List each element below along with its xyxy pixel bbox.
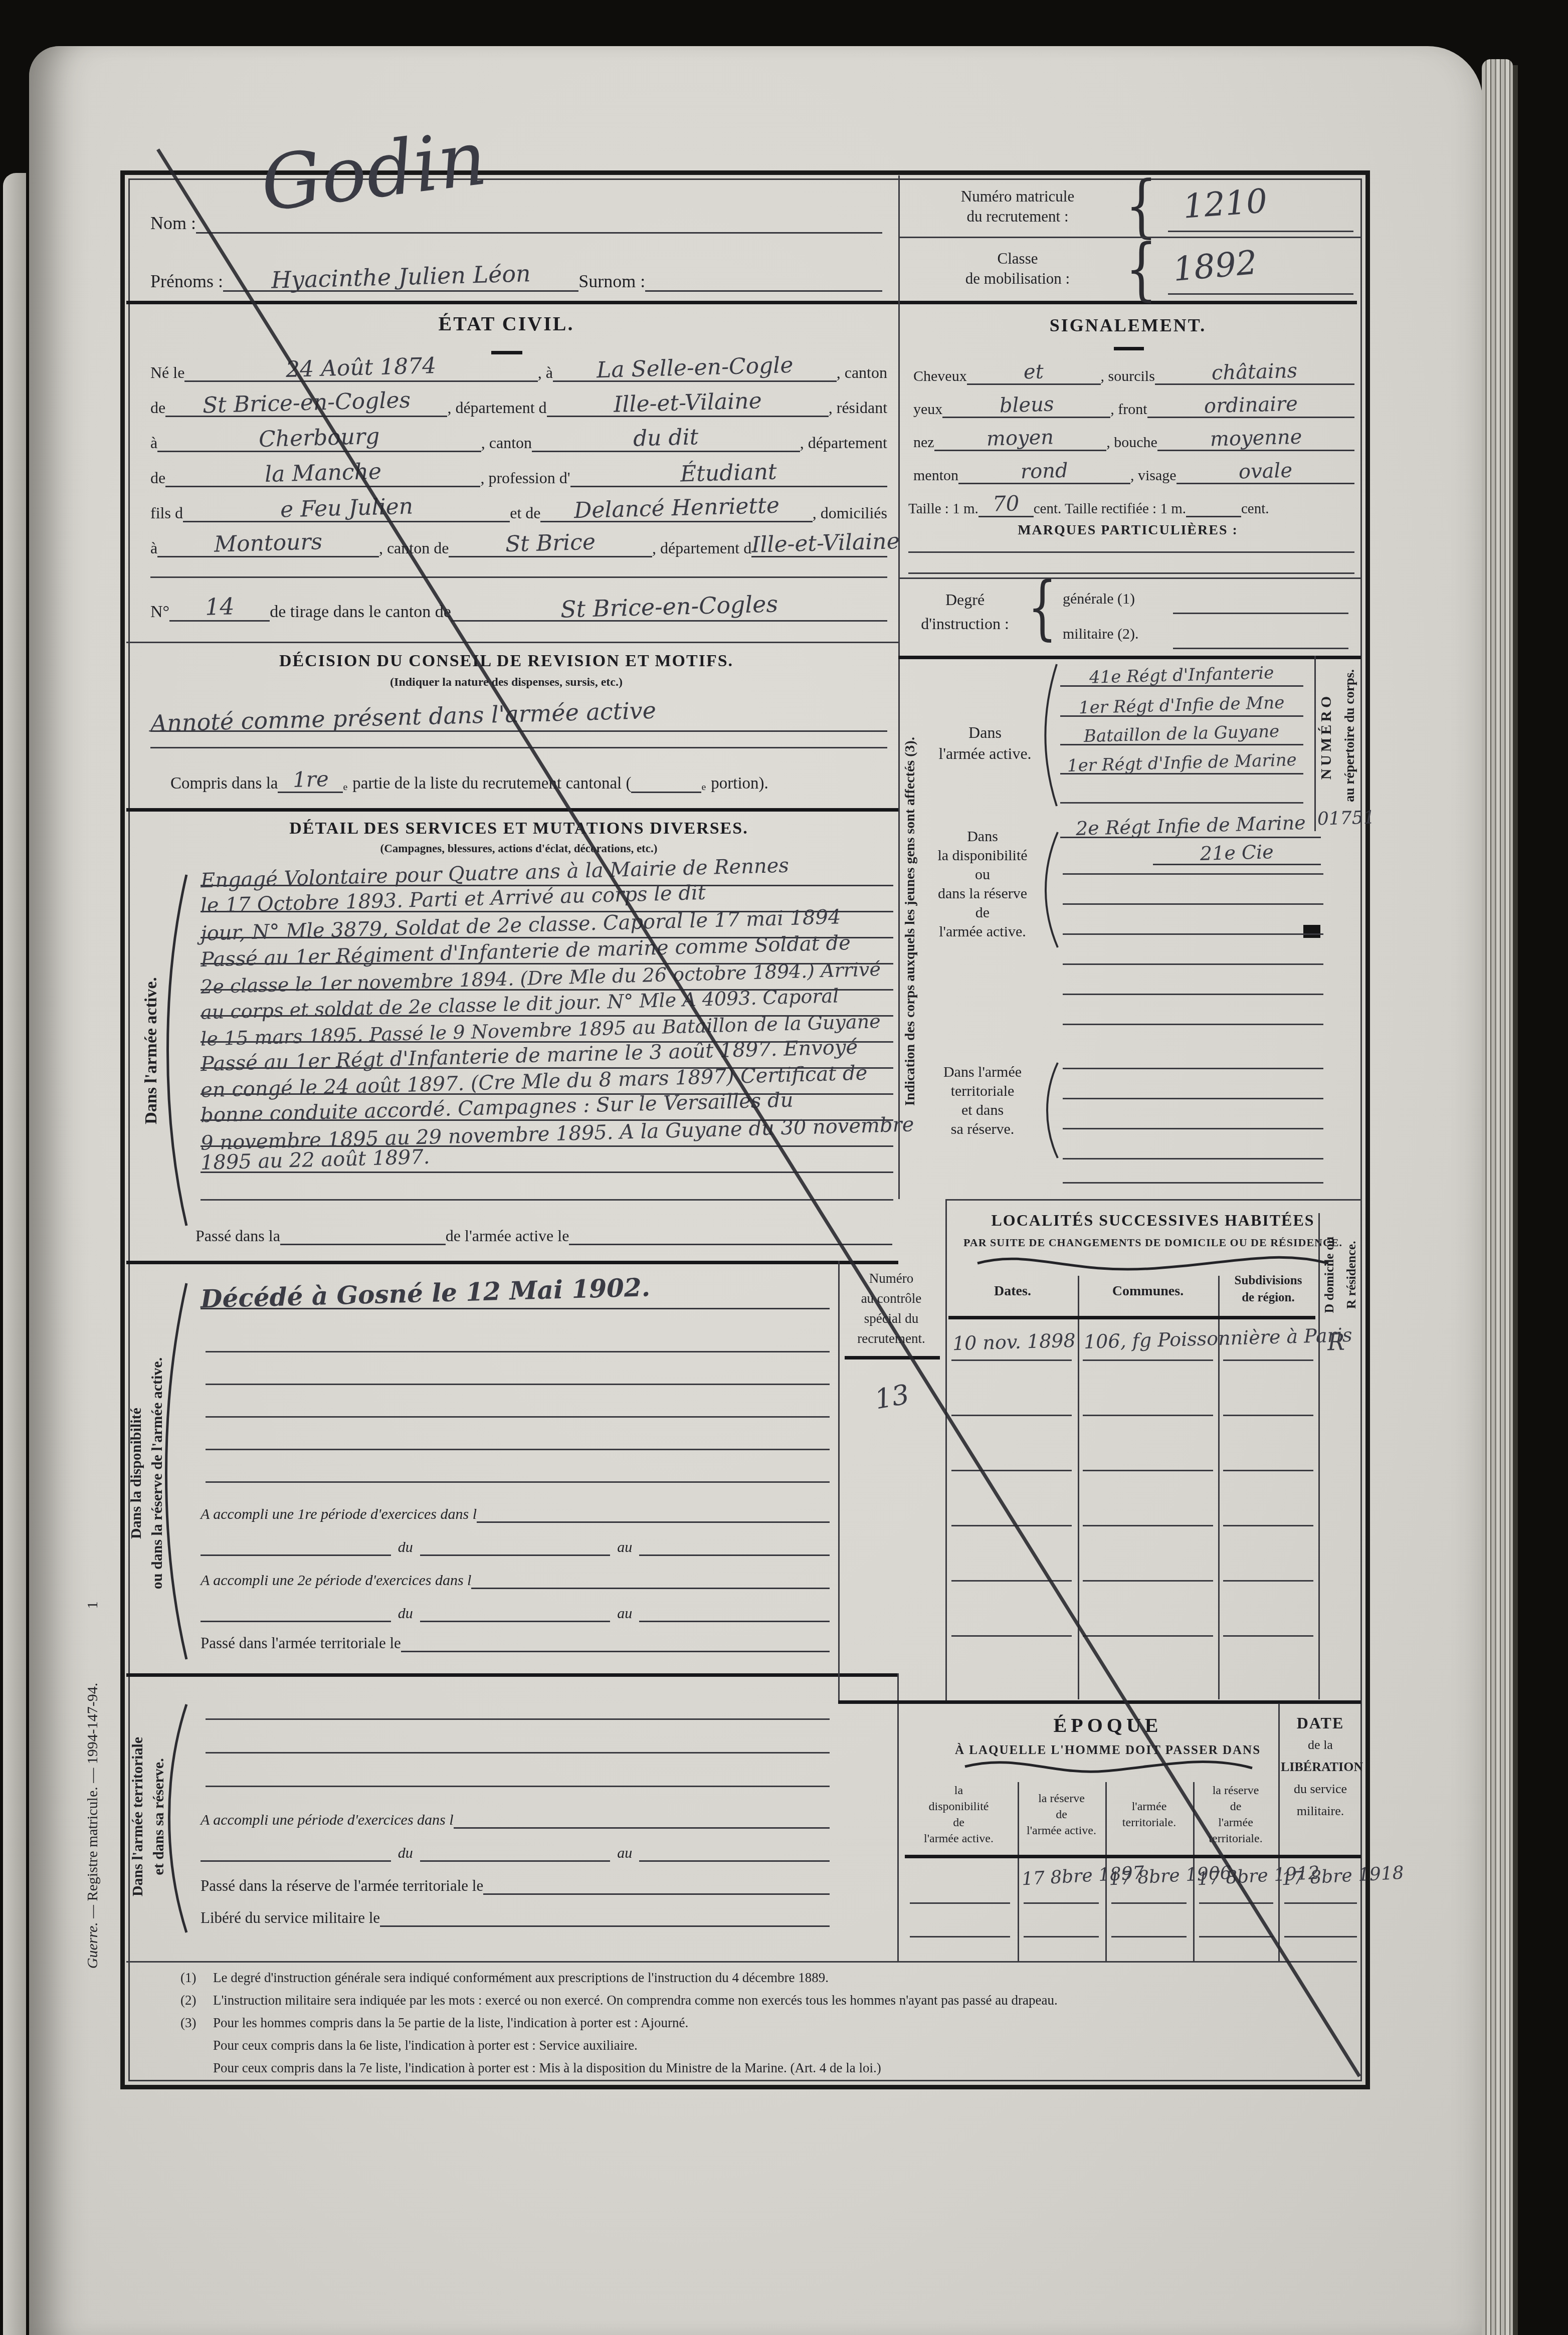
dispo-vertical-label-2: ou dans la réserve de l'armée active. — [149, 1283, 166, 1664]
rule — [206, 1416, 830, 1418]
sig-field: moyenne — [1157, 427, 1354, 451]
rule — [201, 1199, 893, 1201]
ec-value: Cherbourg — [259, 424, 380, 452]
sig-value: moyenne — [1210, 426, 1302, 451]
terr-vertical-label-1: Dans l'armée territoriale — [129, 1676, 146, 1957]
ec-value: St Brice — [505, 529, 596, 557]
rule — [126, 301, 1357, 304]
sig-label: , bouche — [1106, 434, 1157, 451]
footnote-text-3: Pour les hommes compris dans la 5e parti… — [213, 2015, 688, 2031]
ec-value: Delancé Henriette — [573, 493, 779, 524]
numero-matricule-label: Numéro matricule du recrutement : — [917, 186, 1118, 227]
date-field — [201, 1554, 391, 1556]
sig-field: ordinaire — [1147, 394, 1354, 418]
dispo-right-l4: dans la réserve — [917, 884, 1048, 903]
passe-territoriale-field — [401, 1651, 830, 1652]
ec-field: la Manche — [165, 460, 480, 487]
footnote-text-5: Pour ceux compris dans la 7e liste, l'in… — [213, 2060, 881, 2076]
taille-value: 70 — [992, 491, 1020, 516]
services-title: DÉTAIL DES SERVICES ET MUTATIONS DIVERSE… — [180, 819, 857, 838]
tirage-canton-value: St Brice-en-Cogles — [560, 590, 778, 623]
localites-title: LOCALITÉS SUCCESSIVES HABITÉES — [952, 1211, 1353, 1230]
epoque-c1-1: la — [902, 1783, 1015, 1799]
signalement-row-1: Cheveux et , sourcils châtains — [913, 357, 1354, 385]
footnote-text-1: Le degré d'instruction générale sera ind… — [213, 1970, 829, 1986]
rule — [1024, 1902, 1099, 1904]
nom-label: Nom : — [150, 213, 196, 234]
margin-imprint-series: Guerre. — — [84, 1905, 101, 1969]
ec-field: Ille-et-Vilaine — [751, 530, 887, 557]
ec-label: , département d — [447, 399, 546, 417]
epoque-title: ÉPOQUE — [952, 1713, 1263, 1737]
sig-field: moyen — [934, 427, 1107, 451]
sig-value: et — [1024, 360, 1044, 383]
ec-field: 24 Août 1874 — [184, 355, 537, 382]
sig-label: , visage — [1130, 467, 1177, 484]
ec-label: , à — [538, 363, 553, 382]
sig-value: rond — [1021, 459, 1069, 483]
rule — [1199, 1902, 1273, 1904]
rule — [1111, 1902, 1187, 1904]
localites-col-dates: Dates. — [950, 1283, 1075, 1299]
signalement-row-4: menton rond , visage ovale — [913, 456, 1354, 484]
localites-col-subdiv: Subdivisions de région. — [1221, 1272, 1316, 1306]
deces-value: Décédé à Gosné le 12 Mai 1902. — [200, 1272, 650, 1313]
decision-annotation-value: Annoté comme présent dans l'armée active — [150, 697, 656, 737]
prenoms-field: Hyacinthe Julien Léon — [223, 263, 578, 292]
passe-label-2: de l'armée active le — [446, 1227, 569, 1245]
sig-label: , sourcils — [1101, 368, 1155, 385]
date-field — [420, 1860, 611, 1862]
surnom-label: Surnom : — [578, 271, 645, 292]
controle-l3: spécial du — [840, 1308, 942, 1328]
passe-reserve-terr-row: Passé dans la réserve de l'armée territo… — [201, 1867, 830, 1895]
corps-entry-row: 2e Régt Infie de Marine — [1060, 811, 1321, 838]
rule — [126, 1261, 898, 1264]
au-label: au — [617, 1845, 632, 1862]
rule — [897, 1673, 899, 1961]
taille-field: 70 — [978, 491, 1034, 517]
rule — [206, 1786, 830, 1787]
corps-entry-row: 1er Régt d'Infie de Mne — [1060, 691, 1303, 717]
numero-matricule-label-1: Numéro matricule — [917, 186, 1118, 207]
rule — [1114, 347, 1144, 350]
au-label: au — [617, 1605, 632, 1622]
du-label: du — [398, 1845, 413, 1862]
rule — [1063, 1158, 1323, 1159]
rule — [126, 642, 898, 643]
epoque-c1-3: de — [902, 1815, 1015, 1831]
ec-field: Delancé Henriette — [540, 495, 812, 522]
libere-field — [380, 1925, 830, 1927]
rule — [1223, 1635, 1313, 1637]
epoque-c4-4: territoriale. — [1196, 1831, 1276, 1847]
rule — [1284, 1902, 1357, 1904]
ec-label: , profession d' — [480, 469, 570, 487]
rule — [1063, 1024, 1323, 1025]
degre-label-1: Degré — [907, 588, 1023, 612]
date-field — [420, 1621, 611, 1622]
compris-label-1: Compris dans la — [170, 774, 278, 793]
rule — [951, 1359, 1072, 1361]
footnote-marker-2: (2) — [180, 1993, 196, 2008]
prenoms-value: Hyacinthe Julien Léon — [271, 260, 531, 294]
controle-l4: recrutement. — [840, 1328, 942, 1348]
passe-field-1 — [280, 1244, 446, 1245]
sig-value: châtains — [1212, 359, 1298, 384]
rule — [945, 1199, 947, 1700]
ec-label: à — [150, 539, 157, 557]
etat-civil-row-3: à Cherbourg , canton du dit , départemen… — [150, 422, 887, 452]
sig-label: , front — [1110, 401, 1147, 418]
au-label: au — [617, 1539, 632, 1556]
sig-field: et — [967, 360, 1101, 385]
rule — [898, 577, 1361, 579]
du-label: du — [398, 1539, 413, 1556]
numero-corps-value: 01751 — [1317, 808, 1375, 830]
terr-periode-label: A accompli une période d'exercices dans … — [201, 1812, 454, 1829]
book-edge — [1513, 65, 1518, 2335]
corps-entry-field: 2e Régt Infie de Marine — [1060, 815, 1321, 838]
rule — [898, 656, 1361, 659]
rule — [1024, 1936, 1099, 1937]
service-line: 1895 au 22 août 1897. — [201, 1148, 893, 1173]
rule — [1314, 656, 1316, 831]
epoque-c1-4: l'armée active. — [902, 1831, 1015, 1847]
rule — [1173, 613, 1348, 614]
nom-field — [196, 211, 882, 234]
compris-value: 1re — [292, 766, 329, 792]
ec-label: , canton — [837, 363, 887, 382]
periode2-dates-row: du au — [201, 1594, 830, 1622]
ec-value: Étudiant — [680, 459, 777, 487]
ec-value: Ille-et-Vilaine — [751, 528, 900, 558]
ec-label: , canton de — [379, 539, 449, 557]
ec-value: Montours — [214, 529, 322, 557]
decision-subtitle: (Indiquer la nature des dispenses, sursi… — [231, 676, 782, 689]
dispo-vertical-label-1: Dans la disponibilité — [128, 1283, 145, 1664]
epoque-c5-4: du service — [1281, 1778, 1360, 1800]
taille-rect-field — [1186, 499, 1241, 517]
ec-label: de — [150, 399, 165, 417]
corps-entry-value: Bataillon de la Guyane — [1084, 721, 1280, 746]
rule — [951, 1525, 1072, 1526]
passe-field-2 — [569, 1244, 892, 1245]
date-field — [420, 1554, 611, 1556]
sig-field: rond — [958, 460, 1130, 484]
date-field — [639, 1554, 830, 1556]
terr-right-label: Dans l'armée territoriale et dans sa rés… — [917, 1063, 1048, 1139]
sig-value: ordinaire — [1204, 393, 1298, 418]
corps-entry-field: 1er Régt d'Infie de Mne — [1060, 695, 1303, 717]
sig-field: ovale — [1177, 460, 1354, 484]
compris-portion-field — [631, 792, 701, 793]
rule — [951, 1635, 1072, 1637]
sig-field: châtains — [1155, 360, 1354, 385]
footnote-marker-3: (3) — [180, 2015, 196, 2031]
terr-right-l3: et dans — [917, 1101, 1048, 1120]
rule — [126, 1673, 897, 1677]
epoque-c5-2: de la — [1281, 1734, 1360, 1756]
etat-civil-row-1: Né le 24 Août 1874 , à La Selle-en-Cogle… — [150, 352, 887, 382]
corps-entry-row: 41e Régt d'Infanterie — [1060, 661, 1303, 687]
corps-entry-field: 21e Cie — [1153, 842, 1321, 865]
sig-label: yeux — [913, 401, 942, 418]
classe-label: Classe de mobilisation : — [917, 249, 1118, 289]
rule — [1063, 933, 1323, 935]
prenoms-label: Prénoms : — [150, 271, 223, 292]
deces-row: Décédé à Gosné le 12 Mai 1902. — [201, 1277, 830, 1309]
ec-label: , domiciliés — [813, 504, 887, 522]
sig-label: Cheveux — [913, 368, 967, 385]
ec-label: , résidant — [829, 399, 887, 417]
footnote-text-4: Pour ceux compris dans la 6e liste, l'in… — [213, 2038, 638, 2053]
ec-label: , département — [800, 434, 887, 452]
ec-field: St Brice-en-Cogles — [165, 390, 447, 417]
periode2-label: A accompli une 2e période d'exercices da… — [201, 1572, 471, 1589]
previous-page-edge — [3, 173, 26, 2335]
ec-value: du dit — [633, 424, 699, 451]
corps-entry-value: 21e Cie — [1200, 841, 1274, 865]
book-page-stack — [1482, 59, 1513, 2335]
service-line-text: 1895 au 22 août 1897. — [200, 1145, 430, 1175]
epoque-col3-label: l'armée territoriale. — [1108, 1799, 1191, 1831]
periode1-dates-row: du au — [201, 1528, 830, 1556]
rule — [1063, 1182, 1323, 1184]
rule — [1223, 1580, 1313, 1582]
date-field — [639, 1860, 830, 1862]
ec-field: Cherbourg — [157, 425, 481, 452]
epoque-c4-1: la réserve — [1196, 1783, 1276, 1799]
scanned-register-page: Guerre. — Registre matricule. — 1994-147… — [0, 0, 1568, 2335]
corps-entry-value: 1er Régt d'Infie de Mne — [1079, 693, 1285, 718]
epoque-c5-3: LIBÉRATION — [1281, 1756, 1360, 1778]
date-field — [639, 1621, 830, 1622]
tirage-no-label: N° — [150, 603, 169, 622]
epoque-c5-5: militaire. — [1281, 1800, 1360, 1822]
periode2-field — [471, 1588, 830, 1589]
rule — [1018, 1782, 1019, 1961]
ec-label: , département d — [652, 539, 751, 557]
corps-entry-row: 1er Régt d'Infie de Marine — [1060, 748, 1303, 774]
ec-label: fils d — [150, 504, 183, 522]
epoque-subtitle: À LAQUELLE L'HOMME DOIT PASSER DANS — [932, 1743, 1283, 1758]
compris-row: Compris dans la 1re e partie de la liste… — [170, 763, 862, 793]
classe-value: 1892 — [1171, 243, 1259, 289]
controle-l2: au contrôle — [840, 1288, 942, 1308]
corps-entry-field: 1er Régt d'Infie de Marine — [1060, 753, 1303, 774]
rule — [951, 1580, 1072, 1582]
ec-value: La Selle-en-Cogle — [596, 352, 794, 383]
rule — [1083, 1635, 1213, 1637]
taille-label-1: Taille : 1 m. — [908, 501, 978, 517]
rule — [126, 1961, 1357, 1963]
corps-entry-field: 41e Régt d'Infanterie — [1060, 665, 1303, 687]
passe-territoriale-label: Passé dans l'armée territoriale le — [201, 1634, 401, 1652]
periode1-field — [477, 1521, 830, 1523]
ec-value: St Brice-en-Cogles — [202, 387, 411, 419]
rule — [951, 1415, 1072, 1416]
terr-periode-field — [454, 1827, 830, 1829]
ec-field: La Selle-en-Cogle — [553, 355, 837, 382]
rule — [838, 1700, 1361, 1704]
etat-civil-title: ÉTAT CIVIL. — [381, 312, 632, 335]
rule — [1083, 1525, 1213, 1526]
decision-annotation-row: Annoté comme présent dans l'armée active — [150, 701, 887, 732]
rule — [1199, 1936, 1273, 1937]
ec-label: de — [150, 469, 165, 487]
surnom-field — [645, 269, 882, 292]
ec-field: Montours — [157, 530, 379, 557]
rule — [1168, 293, 1353, 295]
margin-page-number: 1 — [84, 1593, 101, 1618]
sig-value: moyen — [987, 426, 1054, 450]
ec-value: e Feu Julien — [280, 494, 413, 523]
rule — [1063, 1098, 1323, 1099]
controle-l1: Numéro — [840, 1268, 942, 1288]
degre-generale-label: générale (1) — [1063, 591, 1135, 608]
passe-armee-active-row: Passé dans la de l'armée active le — [195, 1217, 892, 1245]
tirage-row: N° 14 de tirage dans le canton de St Bri… — [150, 591, 887, 622]
compris-sup: e — [343, 782, 347, 793]
periode2-row: A accompli une 2e période d'exercices da… — [201, 1561, 830, 1589]
periode1-row: A accompli une 1re période d'exercices d… — [201, 1495, 830, 1523]
localites-col-subdiv-2: de région. — [1221, 1289, 1316, 1306]
epoque-c2-1: la réserve — [1020, 1791, 1103, 1807]
rule — [845, 1356, 940, 1359]
controle-value: 13 — [872, 1379, 912, 1416]
numero-corps-vertical-1: NUMÉRO — [1318, 646, 1335, 827]
epoque-c4-2: de — [1196, 1799, 1276, 1815]
service-line-field: Engagé Volontaire pour Quatre ans à la M… — [201, 862, 893, 886]
rule — [905, 1855, 1361, 1858]
ec-value: la Manche — [264, 459, 381, 487]
localites-col-subdiv-1: Subdivisions — [1221, 1272, 1316, 1289]
degre-militaire-label: militaire (2). — [1063, 626, 1139, 643]
rule — [1063, 1128, 1323, 1129]
rule — [1083, 1470, 1213, 1471]
numero-matricule-value: 1210 — [1182, 181, 1269, 226]
signalement-row-2: yeux bleus , front ordinaire — [913, 390, 1354, 418]
compris-label-2: partie de la liste du recrutement canton… — [352, 774, 631, 793]
epoque-c2-3: l'armée active. — [1020, 1823, 1103, 1839]
brace-glyph: { — [1028, 567, 1057, 648]
classe-label-2: de mobilisation : — [917, 269, 1118, 289]
localites-col-communes: Communes. — [1080, 1283, 1216, 1299]
rule — [1063, 873, 1323, 875]
epoque-col4-label: la réserve de l'armée territoriale. — [1196, 1783, 1276, 1847]
rule — [908, 551, 1354, 553]
periode1-label: A accompli une 1re période d'exercices d… — [201, 1506, 477, 1523]
rule — [1223, 1359, 1313, 1361]
taille-label-2: cent. Taille rectifiée : 1 m. — [1034, 501, 1186, 517]
margin-imprint: Guerre. — Registre matricule. — 1994-147… — [84, 1575, 101, 2076]
rule — [1278, 1703, 1280, 1961]
etat-civil-row-6: à Montours , canton de St Brice , départ… — [150, 527, 887, 557]
tirage-no-value: 14 — [205, 593, 235, 621]
rule — [951, 1470, 1072, 1471]
nom-row: Nom : — [150, 205, 882, 234]
date-field — [201, 1860, 391, 1862]
epoque-col1-label: la disponibilité de l'armée active. — [902, 1783, 1015, 1847]
ec-field: Étudiant — [570, 460, 887, 487]
rule — [1063, 963, 1323, 965]
terr-right-l4: sa réserve. — [917, 1120, 1048, 1139]
terr-periode-row: A accompli une période d'exercices dans … — [201, 1801, 830, 1829]
terr-vertical-label-2: et dans sa réserve. — [150, 1676, 167, 1957]
dispo-right-l2: la disponibilité — [917, 846, 1048, 865]
corps-entry-field: Bataillon de la Guyane — [1060, 724, 1303, 745]
ec-label: , canton — [481, 434, 532, 452]
rule — [1078, 1276, 1079, 1699]
services-vertical-label: Dans l'armée active. — [142, 945, 161, 1156]
etat-civil-row-4: de la Manche , profession d' Étudiant — [150, 457, 887, 487]
rule — [908, 572, 1354, 574]
passe-reserve-terr-field — [483, 1893, 830, 1895]
etat-civil-row-2: de St Brice-en-Cogles , département d Il… — [150, 387, 887, 417]
ec-label: et de — [510, 504, 540, 522]
compris-label-3: portion). — [711, 774, 768, 793]
footnote-marker-1: (1) — [180, 1970, 196, 1986]
rule — [838, 1261, 840, 1700]
rule — [1223, 1525, 1313, 1526]
dispo-right-label: Dans la disponibilité ou dans la réserve… — [917, 827, 1048, 941]
dispo-right-l6: l'armée active. — [917, 922, 1048, 941]
degre-label: Degré d'instruction : — [907, 588, 1023, 636]
epoque-c5-1: DATE — [1281, 1712, 1360, 1734]
sig-value: bleus — [999, 393, 1054, 418]
epoque-c3-1: l'armée — [1108, 1799, 1191, 1815]
signalement-title: SIGNALEMENT. — [952, 315, 1303, 336]
ec-label: Né le — [150, 363, 184, 382]
rule — [206, 1752, 830, 1754]
epoque-date-col-label: DATE de la LIBÉRATION du service militai… — [1281, 1712, 1360, 1822]
epoque-c1-2: disponibilité — [902, 1799, 1015, 1815]
ec-field: du dit — [532, 425, 800, 452]
sig-value: ovale — [1238, 459, 1292, 484]
passe-reserve-terr-label: Passé dans la réserve de l'armée territo… — [201, 1877, 483, 1895]
service-line-field: 1895 au 22 août 1897. — [201, 1148, 893, 1173]
tirage-canton-field: St Brice-en-Cogles — [451, 593, 887, 622]
column-end-mark — [1303, 925, 1320, 938]
corps-entry-value: 41e Régt d'Infanterie — [1089, 663, 1274, 688]
rule — [1168, 231, 1353, 232]
rule — [206, 1384, 830, 1385]
marques-label: MARQUES PARTICULIÈRES : — [952, 522, 1303, 538]
passe-label-1: Passé dans la — [195, 1227, 280, 1245]
rule — [1063, 1068, 1323, 1069]
services-subtitle: (Campagnes, blessures, actions d'éclat, … — [180, 842, 857, 855]
decision-title: DÉCISION DU CONSEIL DE REVISION ET MOTIF… — [231, 652, 782, 671]
rule — [910, 1936, 1010, 1937]
rule — [206, 1481, 830, 1483]
epoque-col2-label: la réserve de l'armée active. — [1020, 1791, 1103, 1839]
rule — [150, 576, 887, 578]
tirage-rest-label: de tirage dans le canton de — [270, 603, 451, 622]
sig-field: bleus — [942, 394, 1110, 418]
epoque-c3-2: territoriale. — [1108, 1815, 1191, 1831]
controle-label: Numéro au contrôle spécial du recrutemen… — [840, 1268, 942, 1348]
taille-label-3: cent. — [1241, 501, 1269, 517]
localites-subtitle: PAR SUITE DE CHANGEMENTS DE DOMICILE OU … — [952, 1236, 1353, 1249]
du-label: du — [398, 1605, 413, 1622]
corps-entry-row: 21e Cie — [1153, 838, 1321, 865]
numero-matricule-label-2: du recrutement : — [917, 207, 1118, 227]
rule — [945, 1199, 1361, 1201]
armee-active-label-2: l'armée active. — [927, 743, 1043, 764]
rule — [1083, 1359, 1213, 1361]
rule — [910, 1902, 1010, 1904]
